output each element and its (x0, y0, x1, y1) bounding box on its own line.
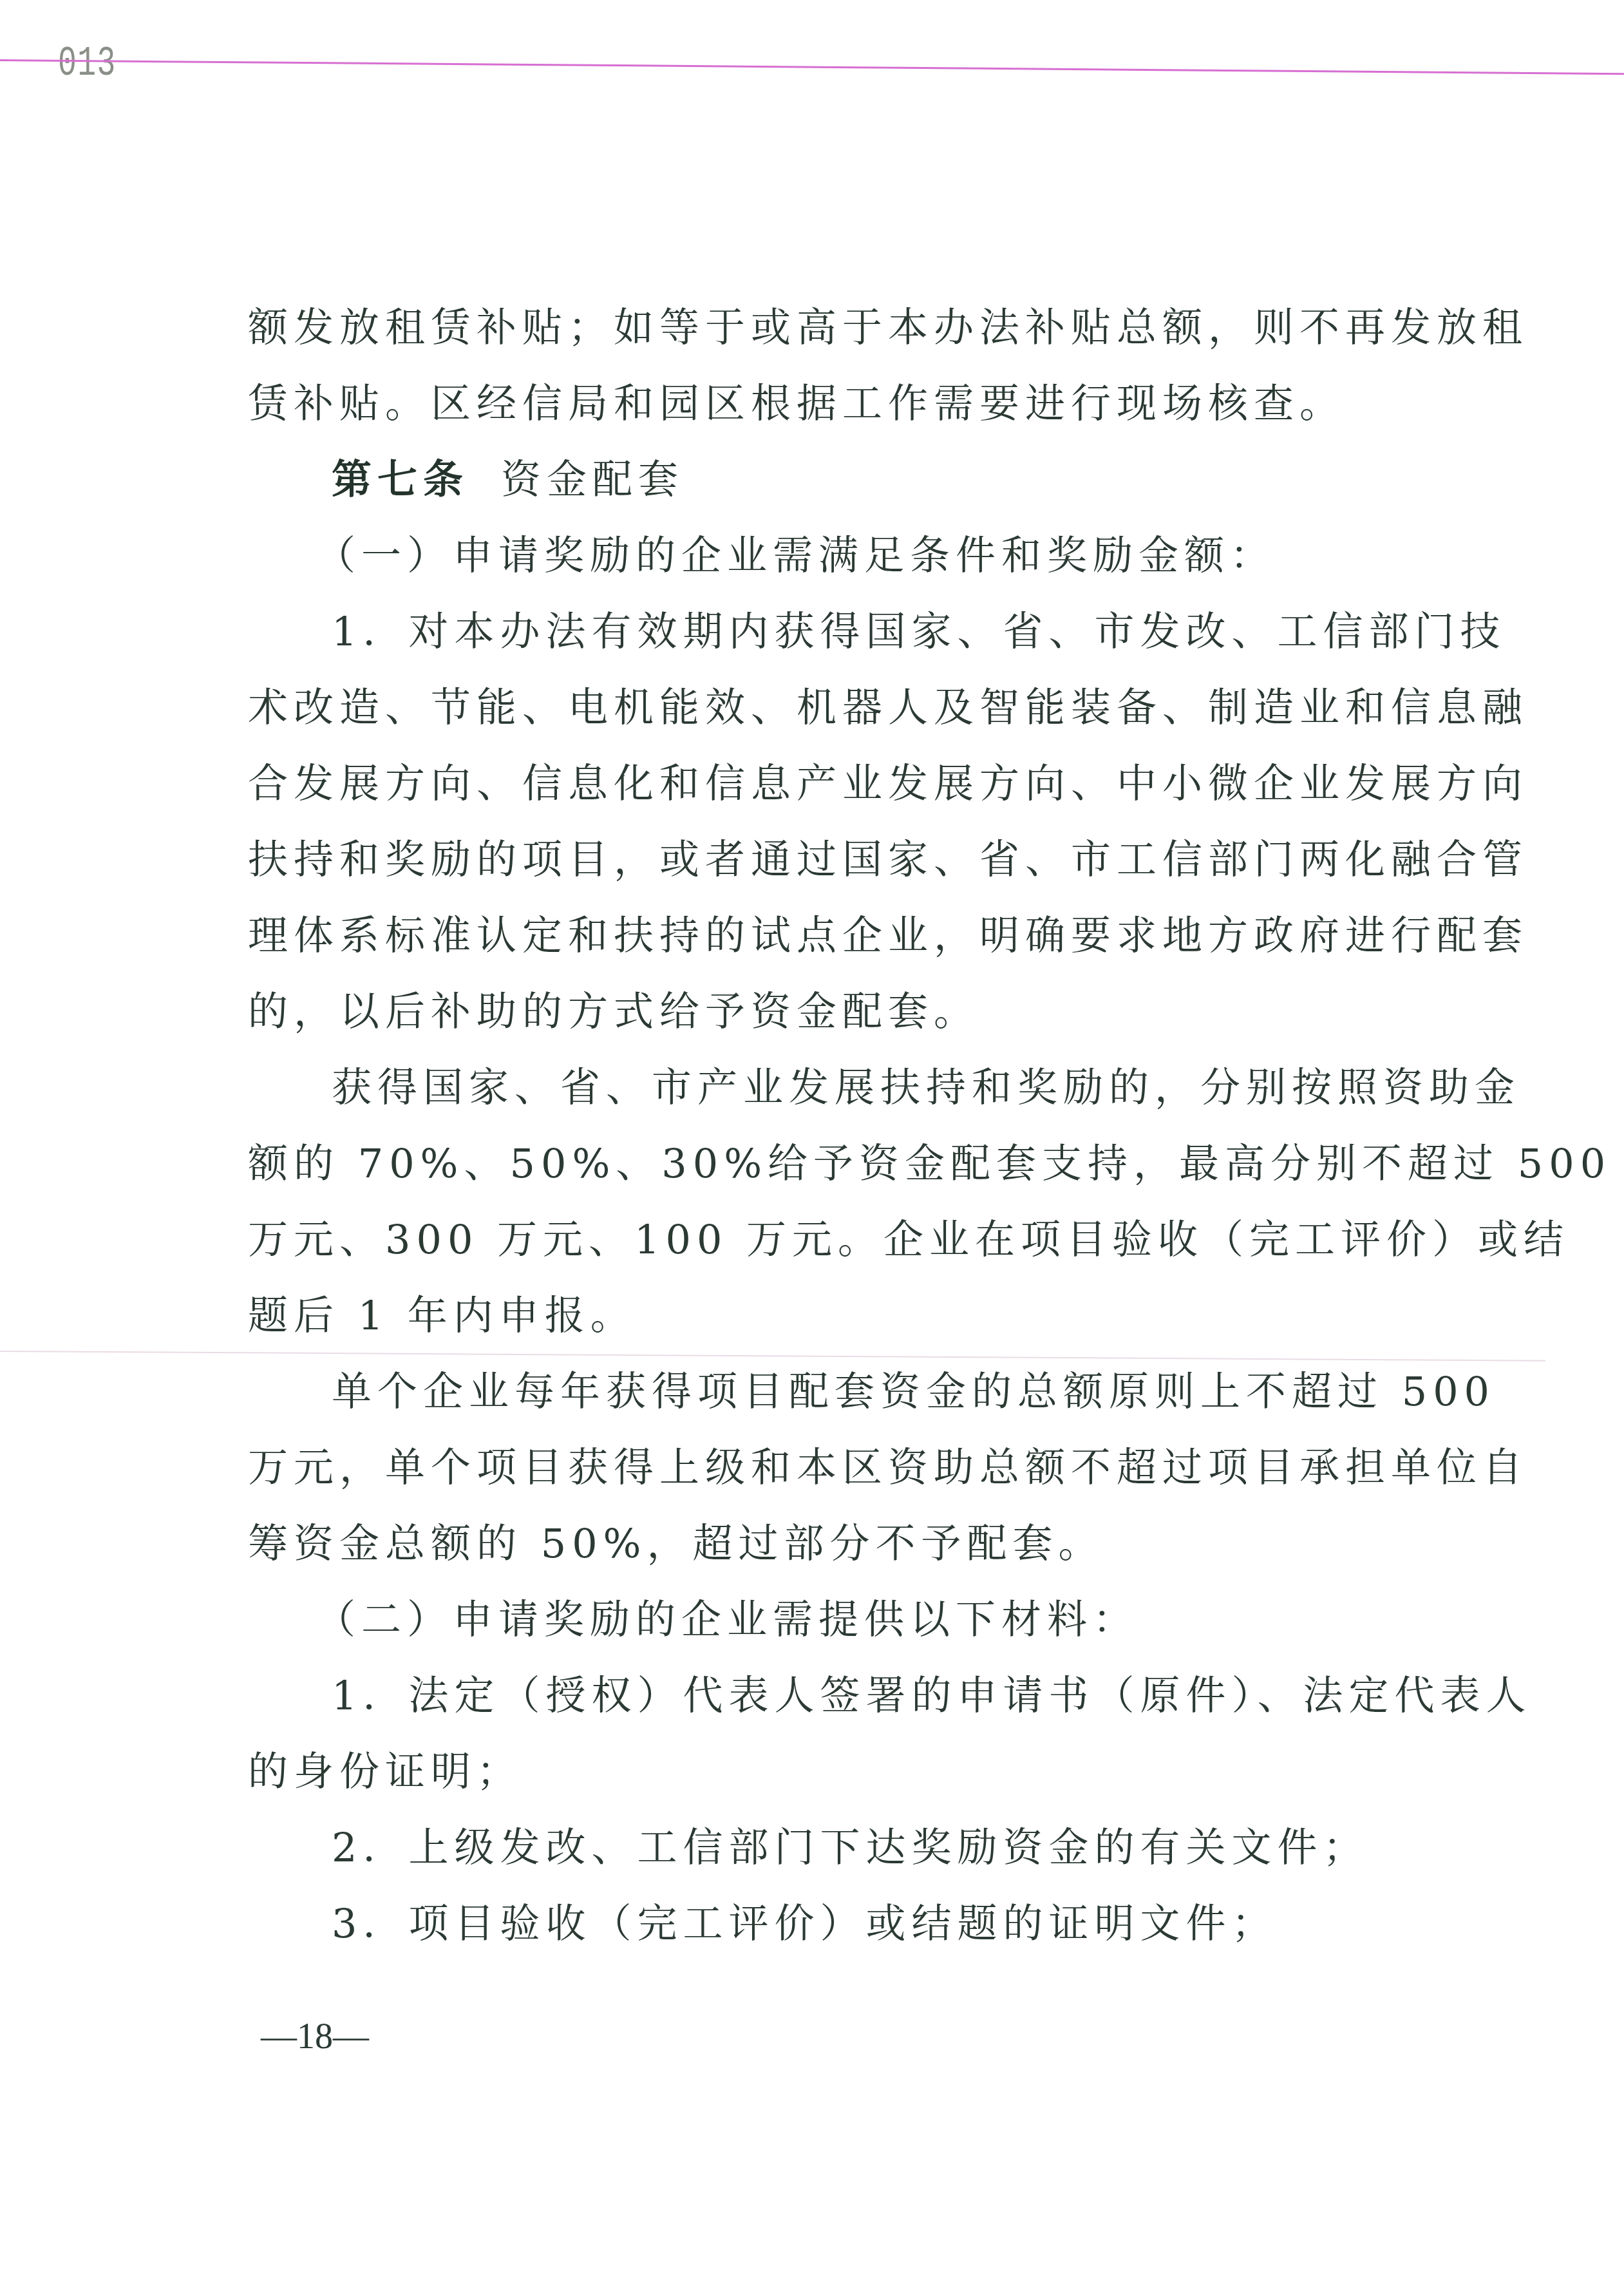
list-item: 1．法定（授权）代表人签署的申请书（原件）、法定代表人 (248, 1658, 1446, 1734)
paragraph-line: 额发放租赁补贴；如等于或高于本办法补贴总额，则不再发放租 (248, 290, 1446, 366)
article-number: 第七条 (332, 456, 469, 503)
section-heading: （一）申请奖励的企业需满足条件和奖励金额： (248, 518, 1446, 594)
article-title: 资金配套 (501, 456, 684, 503)
paragraph-line: 的身份证明； (248, 1734, 1446, 1810)
section-heading: （二）申请奖励的企业需提供以下材料： (248, 1582, 1446, 1658)
scan-stamp: 013 (58, 41, 117, 88)
paragraph-line: 理体系标准认定和扶持的试点企业，明确要求地方政府进行配套 (248, 898, 1446, 974)
page-number: —18— (261, 2016, 369, 2057)
paragraph-line: 万元，单个项目获得上级和本区资助总额不超过项目承担单位自 (248, 1430, 1446, 1506)
paragraph-line: 题后 1 年内申报。 (248, 1278, 1446, 1354)
list-item: 2．上级发改、工信部门下达奖励资金的有关文件； (248, 1810, 1446, 1886)
paragraph-line: 合发展方向、信息化和信息产业发展方向、中小微企业发展方向 (248, 746, 1446, 822)
paragraph-line: 获得国家、省、市产业发展扶持和奖励的，分别按照资助金 (248, 1050, 1446, 1126)
paragraph-line: 扶持和奖励的项目，或者通过国家、省、市工信部门两化融合管 (248, 822, 1446, 898)
header-rule (0, 59, 1624, 75)
document-body: 额发放租赁补贴；如等于或高于本办法补贴总额，则不再发放租 赁补贴。区经信局和园区… (248, 290, 1446, 1962)
paragraph-line: 万元、300 万元、100 万元。企业在项目验收（完工评价）或结 (248, 1202, 1446, 1278)
list-item: 1．对本办法有效期内获得国家、省、市发改、工信部门技 (248, 594, 1446, 670)
paragraph-line: 筹资金总额的 50%，超过部分不予配套。 (248, 1506, 1446, 1582)
paragraph-line: 的，以后补助的方式给予资金配套。 (248, 974, 1446, 1050)
article-heading: 第七条资金配套 (248, 442, 1446, 518)
paragraph-line: 术改造、节能、电机能效、机器人及智能装备、制造业和信息融 (248, 670, 1446, 746)
list-item: 3．项目验收（完工评价）或结题的证明文件； (248, 1886, 1446, 1962)
paragraph-line: 额的 70%、50%、30%给予资金配套支持，最高分别不超过 500 (248, 1126, 1446, 1202)
paragraph-line: 单个企业每年获得项目配套资金的总额原则上不超过 500 (248, 1354, 1446, 1430)
paragraph-line: 赁补贴。区经信局和园区根据工作需要进行现场核查。 (248, 366, 1446, 442)
